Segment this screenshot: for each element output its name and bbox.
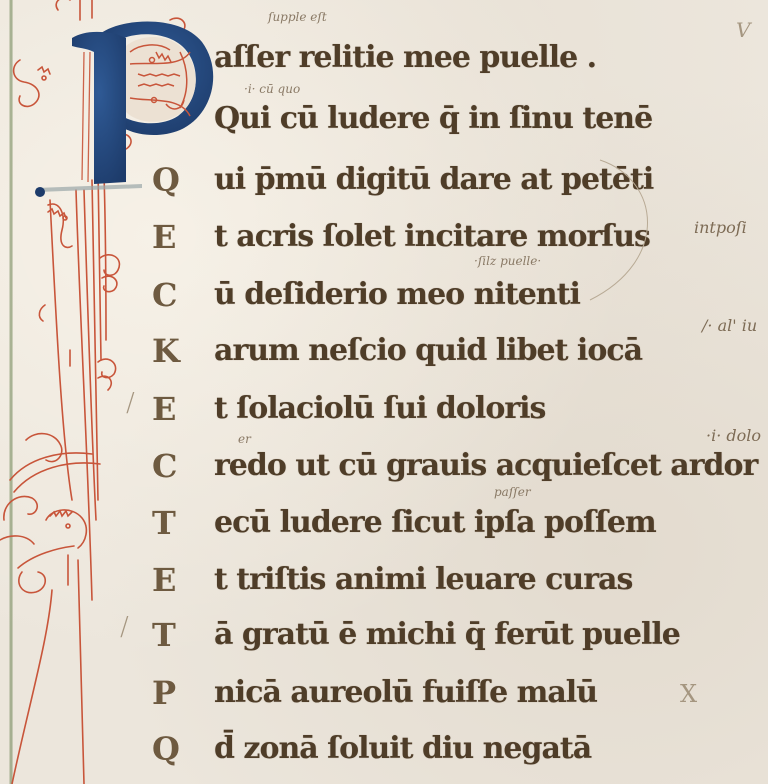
verse-initial: C (152, 446, 177, 486)
verse-text: arum neſcio quid libet iocā (214, 331, 642, 371)
verse-text: t triſtis animi leuare curas (214, 560, 632, 600)
interlinear-gloss: ·i· cū quo (244, 82, 300, 96)
verse-initial: Q (152, 160, 180, 200)
verse-text: ecū ludere ſicut ipſa poſſem (214, 503, 656, 543)
verse-text: d̄ zonā ſoluit diu negatā (214, 729, 591, 769)
margin-note: V (736, 18, 750, 42)
verse-line-13: Q d̄ zonā ſoluit diu negatā (0, 729, 768, 777)
verse-text: Qui cū ludere q̄ in ſinu tenē (214, 99, 652, 139)
verse-line-6: K arum neſcio quid libet iocā (0, 331, 768, 379)
interlinear-gloss: er (238, 432, 251, 446)
margin-stroke-mark: / (120, 612, 129, 642)
verse-text: nicā aureolū fuiſſe malū (214, 673, 597, 713)
verse-initial: T (152, 503, 176, 543)
interlinear-gloss: ·ſilz puelle· (474, 254, 541, 268)
verse-initial: C (152, 275, 177, 315)
verse-text: aſſer relitie mee puelle . (214, 38, 596, 78)
margin-note: /· al' iu (702, 316, 757, 335)
verse-line-7: E t ſolaciolū ſui doloris (0, 389, 768, 437)
verse-initial: T (152, 615, 176, 655)
verse-line-10: E t triſtis animi leuare curas (0, 560, 768, 608)
verse-text: ū deſiderio meo nitenti (214, 275, 580, 315)
verse-text: redo ut cū grauis acquieſcet ardor (214, 446, 757, 486)
verse-initial: E (152, 389, 176, 429)
verse-initial: K (152, 331, 180, 371)
verse-initial: E (152, 560, 176, 600)
margin-note: X (680, 680, 697, 708)
interlinear-gloss: ſupple eſt (268, 10, 327, 24)
verse-initial: E (152, 217, 176, 257)
verse-initial: P (152, 673, 176, 713)
annotation-arc (560, 150, 680, 310)
verse-text: ā gratū ē michi q̄ ferūt puelle (214, 615, 680, 655)
verse-line-12: P nicā aureolū fuiſſe malū (0, 673, 768, 721)
verse-line-2: Qui cū ludere q̄ in ſinu tenē (0, 99, 768, 147)
verse-text: t ſolaciolū ſui doloris (214, 389, 545, 429)
verse-line-8: C redo ut cū grauis acquieſcet ardor (0, 446, 768, 494)
margin-note: intpoſi (694, 218, 747, 237)
verse-initial: Q (152, 729, 180, 769)
verse-line-9: T ecū ludere ſicut ipſa poſſem (0, 503, 768, 551)
margin-note: ·i· dolo (706, 426, 761, 445)
verse-line-1: aſſer relitie mee puelle . (0, 38, 768, 86)
interlinear-gloss: paſſer (494, 485, 531, 499)
margin-stroke-mark: / (126, 388, 135, 418)
manuscript-page: aſſer relitie mee puelle . Qui cū ludere… (0, 0, 768, 784)
verse-line-11: T ā gratū ē michi q̄ ferūt puelle (0, 615, 768, 663)
